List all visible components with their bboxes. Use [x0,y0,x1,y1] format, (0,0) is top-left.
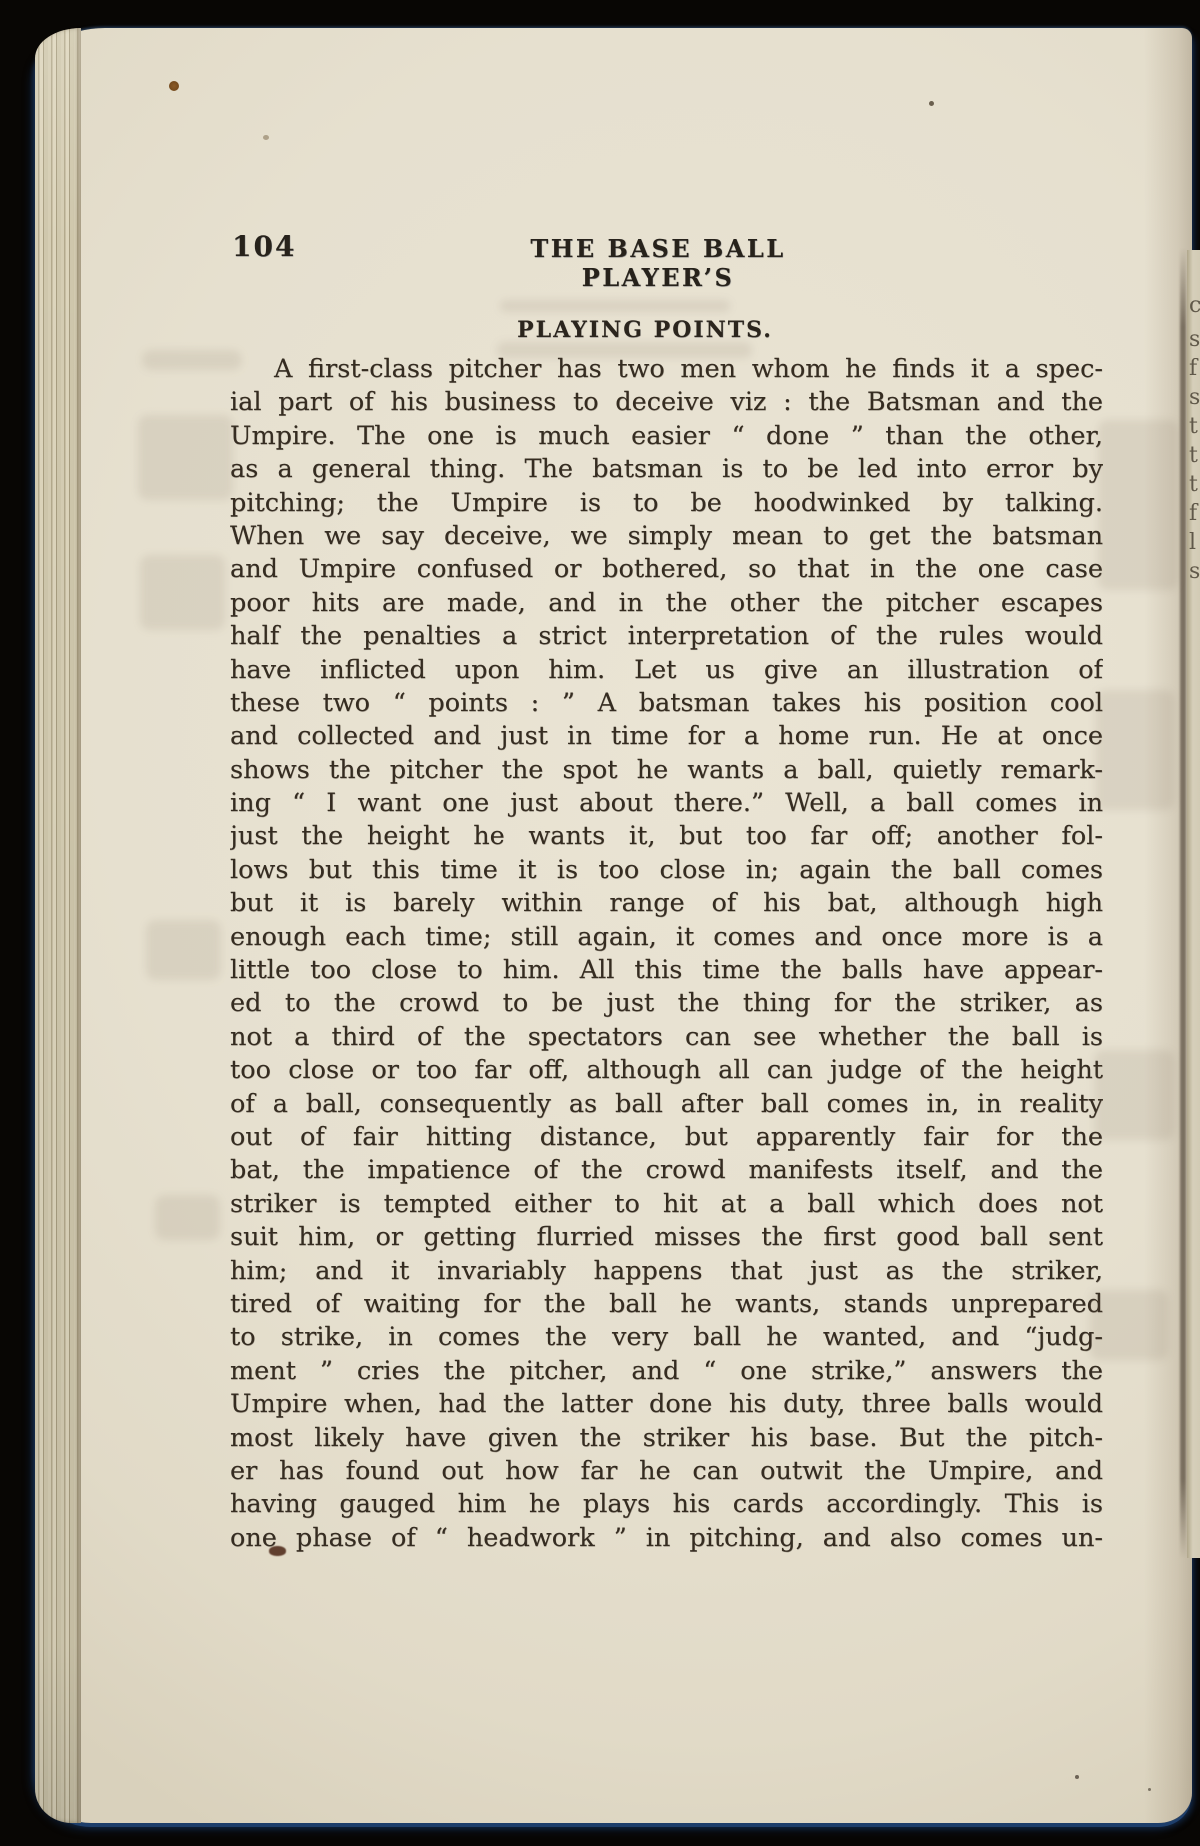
ink-speck [1148,1788,1151,1791]
body-line: these two “ points : ” A batsman takes h… [230,687,1103,720]
ink-speck [169,81,179,91]
body-line: lows but this time it is too close in; a… [230,854,1103,887]
ghost-bleedthrough [1096,690,1174,810]
body-line: When we say deceive, we simply mean to g… [230,520,1103,553]
body-line: but it is barely within range of his bat… [230,887,1103,920]
ghost-bleedthrough [497,342,752,358]
body-line: tired of waiting for the ball he wants, … [230,1288,1103,1321]
body-line: just the height he wants it, but too far… [230,820,1103,853]
adjacent-page-letter: t [1189,416,1200,438]
adjacent-page-letter: s [1189,561,1200,583]
body-line: not a third of the spectators can see wh… [230,1021,1103,1054]
ink-speck [929,101,934,106]
body-line: have inflicted upon him. Let us give an … [230,654,1103,687]
body-line: pitching; the Umpire is to be hoodwinked… [230,487,1103,520]
body-line: to strike, in comes the very ball he wan… [230,1321,1103,1354]
body-line: and Umpire confused or bothered, so that… [230,553,1103,586]
body-line: little too close to him. All this time t… [230,954,1103,987]
page-number: 104 [232,230,296,263]
adjacent-page-letter: c [1189,295,1200,317]
ghost-bleedthrough [1094,1050,1174,1140]
ghost-bleedthrough [1098,420,1178,590]
body-line: suit him, or getting flurried misses the… [230,1221,1103,1254]
body-line: shows the pitcher the spot he wants a ba… [230,754,1103,787]
body-line: enough each time; still again, it comes … [230,921,1103,954]
adjacent-page-letter: s [1189,387,1200,409]
body-line: most likely have given the striker his b… [230,1422,1103,1455]
adjacent-page-letter: t [1189,474,1200,496]
adjacent-page-letter: f [1189,503,1200,525]
ghost-bleedthrough [140,555,225,630]
ghost-bleedthrough [138,415,233,500]
ghost-bleedthrough [146,920,221,980]
adjacent-page-letter: f [1189,358,1200,380]
body-line: ed to the crowd to be just the thing for… [230,987,1103,1020]
body-text: A first-class pitcher has two men whom h… [230,353,1103,1555]
adjacent-page-letter: l [1189,532,1200,554]
ink-speck [269,1546,286,1556]
ghost-bleedthrough [500,300,730,312]
body-line: of a ball, consequently as ball after ba… [230,1088,1103,1121]
body-line: as a general thing. The batsman is to be… [230,453,1103,486]
body-line: ment ” cries the pitcher, and “ one stri… [230,1355,1103,1388]
body-line: bat, the impatience of the crowd manifes… [230,1154,1103,1187]
ghost-bleedthrough [1090,1290,1168,1360]
body-line: Umpire. The one is much easier “ done ” … [230,420,1103,453]
page-gap-shadow [1180,248,1186,1558]
body-line: too close or too far off, although all c… [230,1054,1103,1087]
body-line: A first-class pitcher has two men whom h… [230,353,1103,386]
body-line: and collected and just in time for a hom… [230,720,1103,753]
adjacent-page-letter: t [1189,445,1200,467]
scanned-book-photo: 104 THE BASE BALL PLAYER’S PLAYING POINT… [0,0,1200,1846]
section-heading: PLAYING POINTS. [495,317,795,343]
ink-speck [263,135,269,140]
body-line: him; and it invariably happens that just… [230,1255,1103,1288]
ghost-bleedthrough [142,350,242,370]
body-line: ing “ I want one just about there.” Well… [230,787,1103,820]
body-line: er has found out how far he can outwit t… [230,1455,1103,1488]
body-line: half the penalties a strict interpretati… [230,620,1103,653]
body-line: ial part of his business to deceive viz … [230,386,1103,419]
page-stack-fore-edge [35,28,81,1823]
adjacent-page-letter: s [1189,329,1200,351]
running-title: THE BASE BALL PLAYER’S [458,234,858,292]
body-line: Umpire when, had the latter done his dut… [230,1388,1103,1421]
ink-speck [1075,1775,1079,1779]
ghost-bleedthrough [155,1195,220,1240]
next-page-sliver: c s f s t t t f l s [1187,250,1200,1558]
body-line: one phase of “ headwork ” in pitching, a… [230,1522,1103,1555]
body-line: poor hits are made, and in the other the… [230,587,1103,620]
body-line: having gauged him he plays his cards acc… [230,1488,1103,1521]
body-line: striker is tempted either to hit at a ba… [230,1188,1103,1221]
body-line: out of fair hitting distance, but appare… [230,1121,1103,1154]
